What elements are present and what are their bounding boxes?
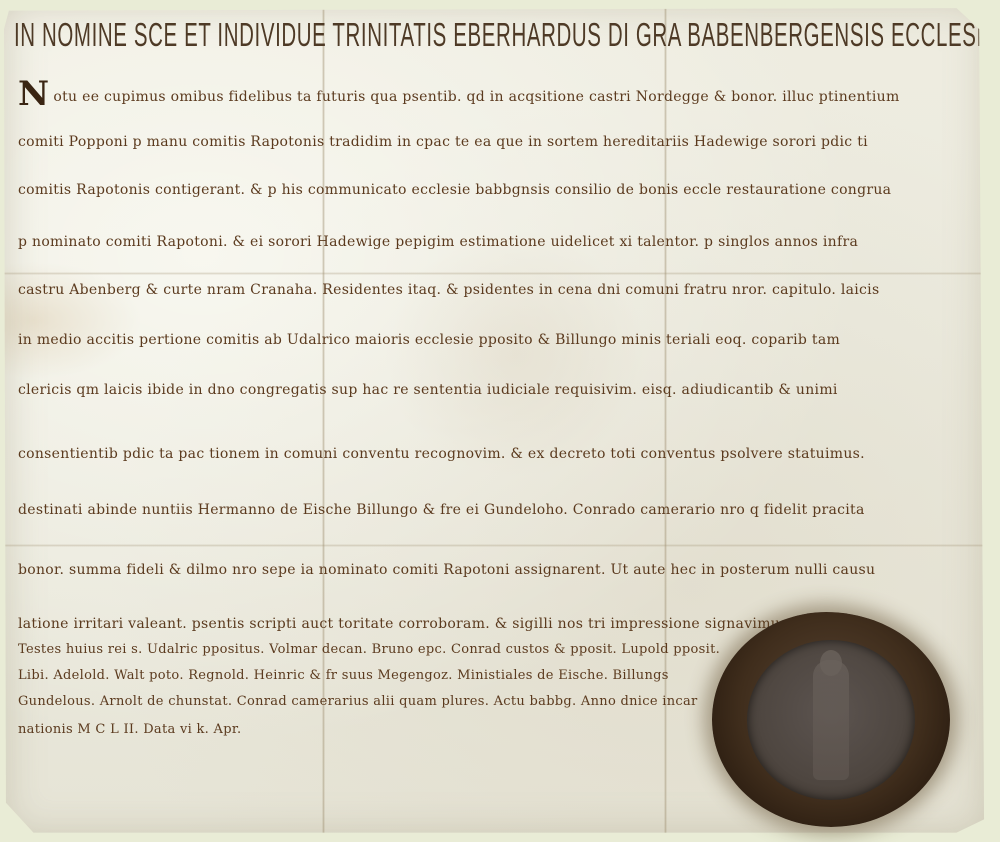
seal-figure-icon bbox=[813, 660, 849, 780]
text-line-4: p nominato comiti Rapotoni. & ei sorori … bbox=[18, 234, 858, 250]
text-line-11: latione irritari valeant. psentis script… bbox=[18, 616, 792, 632]
text-line-8: consentientib pdic ta pac tionem in comu… bbox=[18, 446, 865, 462]
witness-line-2: Libi. Adelold. Walt poto. Regnold. Heinr… bbox=[18, 668, 669, 683]
initial-letter: N bbox=[18, 74, 49, 114]
fold-crease-horizontal bbox=[4, 272, 986, 275]
witness-line-3: Gundelous. Arnolt de chunstat. Conrad ca… bbox=[18, 694, 698, 709]
witness-line-1: Testes huius rei s. Udalric ppositus. Vo… bbox=[18, 642, 720, 657]
dating-line: nationis M C L II. Data vi k. Apr. bbox=[18, 722, 241, 737]
fold-crease-vertical bbox=[322, 4, 325, 836]
text-line-6: in medio accitis pertione comitis ab Uda… bbox=[18, 332, 840, 348]
text-line-9: destinati abinde nuntiis Hermanno de Eis… bbox=[18, 502, 865, 518]
text-line-3: comitis Rapotonis contigerant. & p his c… bbox=[18, 182, 891, 198]
text-line-2: comiti Popponi p manu comitis Rapotonis … bbox=[18, 134, 868, 150]
wax-seal bbox=[712, 612, 950, 827]
seal-impression bbox=[747, 640, 915, 800]
text-line-7: clericis qm laicis ibide in dno congrega… bbox=[18, 382, 838, 398]
text-line-1: Notu ee cupimus omibus fidelibus ta futu… bbox=[18, 74, 900, 114]
text-line-5: castru Abenberg & curte nram Cranaha. Re… bbox=[18, 282, 879, 298]
line-text: otu ee cupimus omibus fidelibus ta futur… bbox=[53, 89, 899, 105]
charter-heading: IN NOMINE SCE ET INDIVIDUE TRINITATIS EB… bbox=[14, 12, 975, 58]
fold-crease-vertical bbox=[664, 4, 667, 836]
fold-crease-horizontal bbox=[4, 544, 986, 547]
text-line-10: bonor. summa fideli & dilmo nro sepe ia … bbox=[18, 562, 875, 578]
